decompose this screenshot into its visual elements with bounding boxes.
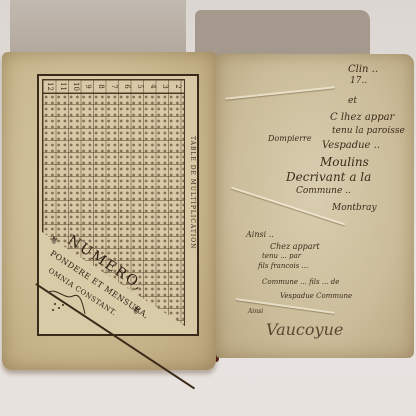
table-header-row: 12 11 10 9 8 7 6 5 4 3 2	[43, 80, 184, 94]
fleur-de-lis-icon: ⚜	[49, 234, 59, 247]
handwriting-line: Chez appart	[270, 242, 320, 251]
handwriting-line: fils francois ...	[258, 262, 308, 270]
header-cell: 9	[81, 80, 94, 93]
handwriting-line: Vespadue ..	[322, 140, 380, 151]
header-cell: 3	[158, 80, 171, 93]
signature: Vaucoyue	[266, 320, 343, 339]
handwriting-line: tenu ... par	[262, 252, 301, 260]
handwriting-line: Commune ..	[296, 186, 351, 196]
header-cell: 5	[133, 80, 146, 93]
handwriting-line: C lhez appar	[330, 112, 394, 123]
handwriting-line: Montbray	[332, 203, 377, 213]
handwriting-line: Moulins	[320, 155, 369, 169]
handwriting-line: Clin ..	[348, 64, 378, 75]
handwriting-line: Dompierre	[268, 134, 312, 143]
header-cell: 7	[107, 80, 120, 93]
fleur-de-lis-icon: ⚜	[131, 304, 141, 317]
header-cell: 10	[69, 80, 82, 93]
handwriting-line: Ainsi ..	[246, 230, 274, 239]
book-shadow-left	[10, 0, 186, 60]
handwriting-line: Vespadue Commune	[280, 292, 352, 300]
right-page	[216, 54, 414, 358]
header-cell: 8	[94, 80, 107, 93]
header-cell: 11	[56, 80, 69, 93]
flourish-ornament-icon	[47, 286, 87, 316]
handwriting-line: Decrivant a la	[286, 170, 371, 184]
multiplication-table-plate: 12 11 10 9 8 7 6 5 4 3 2 TABLE DE MULTIP…	[37, 74, 199, 336]
handwriting-line: 17..	[350, 76, 367, 86]
header-cell: 2	[171, 80, 184, 93]
header-cell: 6	[120, 80, 133, 93]
handwriting-line: et	[348, 96, 357, 106]
header-cell: 12	[43, 80, 56, 93]
handwriting-line: Commune ... fils ... de	[262, 278, 339, 286]
handwriting-line: tenu la paroisse	[332, 126, 405, 136]
table-side-title: TABLE DE MULTIPLICATION	[186, 136, 196, 249]
header-cell: 4	[145, 80, 158, 93]
handwriting-line: Ainsi	[248, 308, 263, 315]
